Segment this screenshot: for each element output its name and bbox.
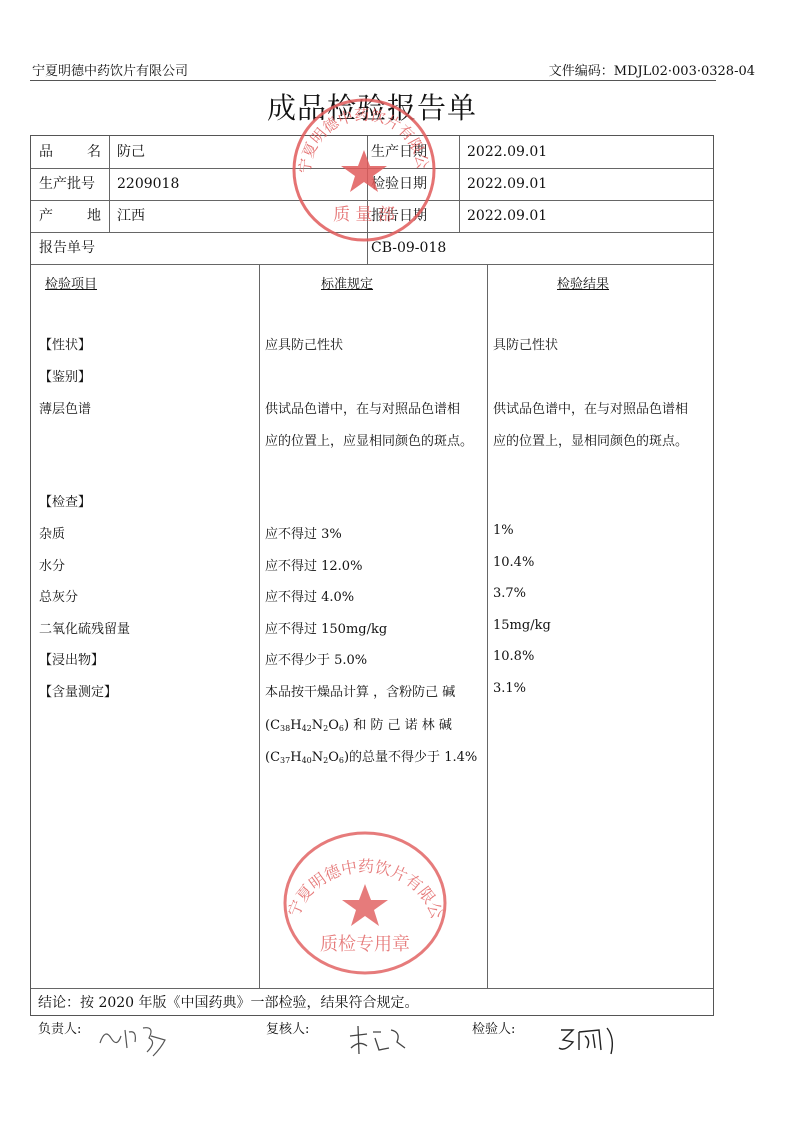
row-result: 3.7%: [493, 586, 526, 601]
row-item: 【浸出物】: [39, 649, 104, 668]
row-standard: 应不得过 3%: [265, 523, 342, 542]
text: )的总量不得少于 1.4%: [344, 750, 477, 765]
text: N: [312, 718, 323, 733]
responsible-signature: [95, 1018, 185, 1058]
production-date-label: 生产日期: [371, 136, 427, 168]
label-char: 地: [87, 200, 101, 232]
document-code: 文件编码：MDJL02·003·0328-04: [549, 60, 755, 79]
row-result: 10.4%: [493, 555, 534, 570]
row-result: 10.8%: [493, 649, 534, 664]
label-char: 产: [39, 200, 53, 232]
test-date: 2022.09.01: [467, 168, 547, 200]
text: (C: [265, 750, 280, 765]
report-title: 成品检验报告单: [0, 86, 744, 127]
row-item: 水分: [39, 555, 65, 574]
conclusion: 结论：按 2020 年版《中国药典》一部检验，结果符合规定。: [38, 992, 419, 1012]
divider: [487, 264, 488, 988]
row-item: 总灰分: [39, 586, 78, 605]
row-item: 二氧化硫残留量: [39, 618, 130, 637]
label-char: 品: [39, 136, 53, 168]
batch-number: 2209018: [117, 168, 179, 200]
sub: 42: [302, 724, 312, 733]
row-standard: 供试品色谱中，在与对照品色谱相: [265, 398, 460, 417]
report-no-label: 报告单号: [39, 232, 95, 264]
text: ) 和 防 己 诺 林 碱: [344, 718, 452, 733]
assay-formula-line: (C37H40N2O6)的总量不得少于 1.4%: [265, 746, 477, 765]
row-item: 【检查】: [39, 491, 91, 510]
inspector-signature: [555, 1018, 625, 1058]
origin-label: 产 地: [39, 200, 101, 232]
row-standard: 本品按干燥品计算 ，含粉防己 碱: [265, 681, 455, 700]
text: (C: [265, 718, 280, 733]
row-standard: 应不得过 12.0%: [265, 555, 362, 574]
row-standard: 应不得过 4.0%: [265, 586, 354, 605]
row-item: 【性状】: [39, 334, 91, 353]
reviewer-label: 复核人:: [266, 1018, 309, 1037]
product-name: 防己: [117, 136, 145, 168]
report-date-label: 报告日期: [371, 200, 427, 232]
row-standard: 应的位置上，应显相同颜色的斑点。: [265, 430, 473, 449]
divider: [31, 988, 713, 989]
text: H: [290, 718, 301, 733]
row-result: 应的位置上，显相同颜色的斑点。: [493, 430, 688, 449]
divider: [259, 264, 260, 988]
sub: 38: [280, 724, 290, 733]
label-char: 名: [87, 136, 101, 168]
text: O: [328, 750, 339, 765]
row-item: 【鉴别】: [39, 366, 91, 385]
sub: 37: [280, 756, 290, 765]
row-item: 薄层色谱: [39, 398, 91, 417]
col-header-item: 检验项目: [45, 273, 97, 292]
col-header-result: 检验结果: [557, 273, 609, 292]
divider: [459, 136, 460, 232]
report-number: CB-09-018: [371, 232, 446, 264]
test-date-label: 检验日期: [371, 168, 427, 200]
production-date: 2022.09.01: [467, 136, 547, 168]
divider: [367, 136, 368, 264]
product-name-label: 品 名: [39, 136, 101, 168]
responsible-label: 负责人:: [38, 1018, 81, 1037]
report-table: 品 名 防己 生产批号 2209018 产 地 江西 报告单号 CB-09-01…: [30, 135, 714, 1016]
row-result: 1%: [493, 523, 514, 538]
divider: [31, 264, 713, 265]
row-result: 供试品色谱中，在与对照品色谱相: [493, 398, 688, 417]
row-standard: 应不得过 150mg/kg: [265, 618, 387, 637]
row-item: 【含量测定】: [39, 681, 117, 700]
row-result: 3.1%: [493, 681, 526, 696]
sub: 40: [302, 756, 312, 765]
row-standard: 应具防己性状: [265, 334, 343, 353]
row-result: 15mg/kg: [493, 618, 551, 633]
batch-label: 生产批号: [39, 168, 95, 200]
row-result: 具防己性状: [493, 334, 558, 353]
row-standard: 应不得少于 5.0%: [265, 649, 367, 668]
header-divider: [30, 80, 716, 81]
row-item: 杂质: [39, 523, 65, 542]
text: O: [328, 718, 339, 733]
report-date: 2022.09.01: [467, 200, 547, 232]
assay-formula-line: (C38H42N2O6) 和 防 己 诺 林 碱: [265, 714, 452, 733]
divider: [109, 136, 110, 232]
col-header-standard: 标准规定: [321, 273, 373, 292]
origin: 江西: [117, 200, 145, 232]
text: N: [312, 750, 323, 765]
company-name: 宁夏明德中药饮片有限公司: [32, 60, 188, 79]
text: H: [290, 750, 301, 765]
reviewer-signature: [345, 1018, 415, 1058]
inspector-label: 检验人:: [472, 1018, 515, 1037]
